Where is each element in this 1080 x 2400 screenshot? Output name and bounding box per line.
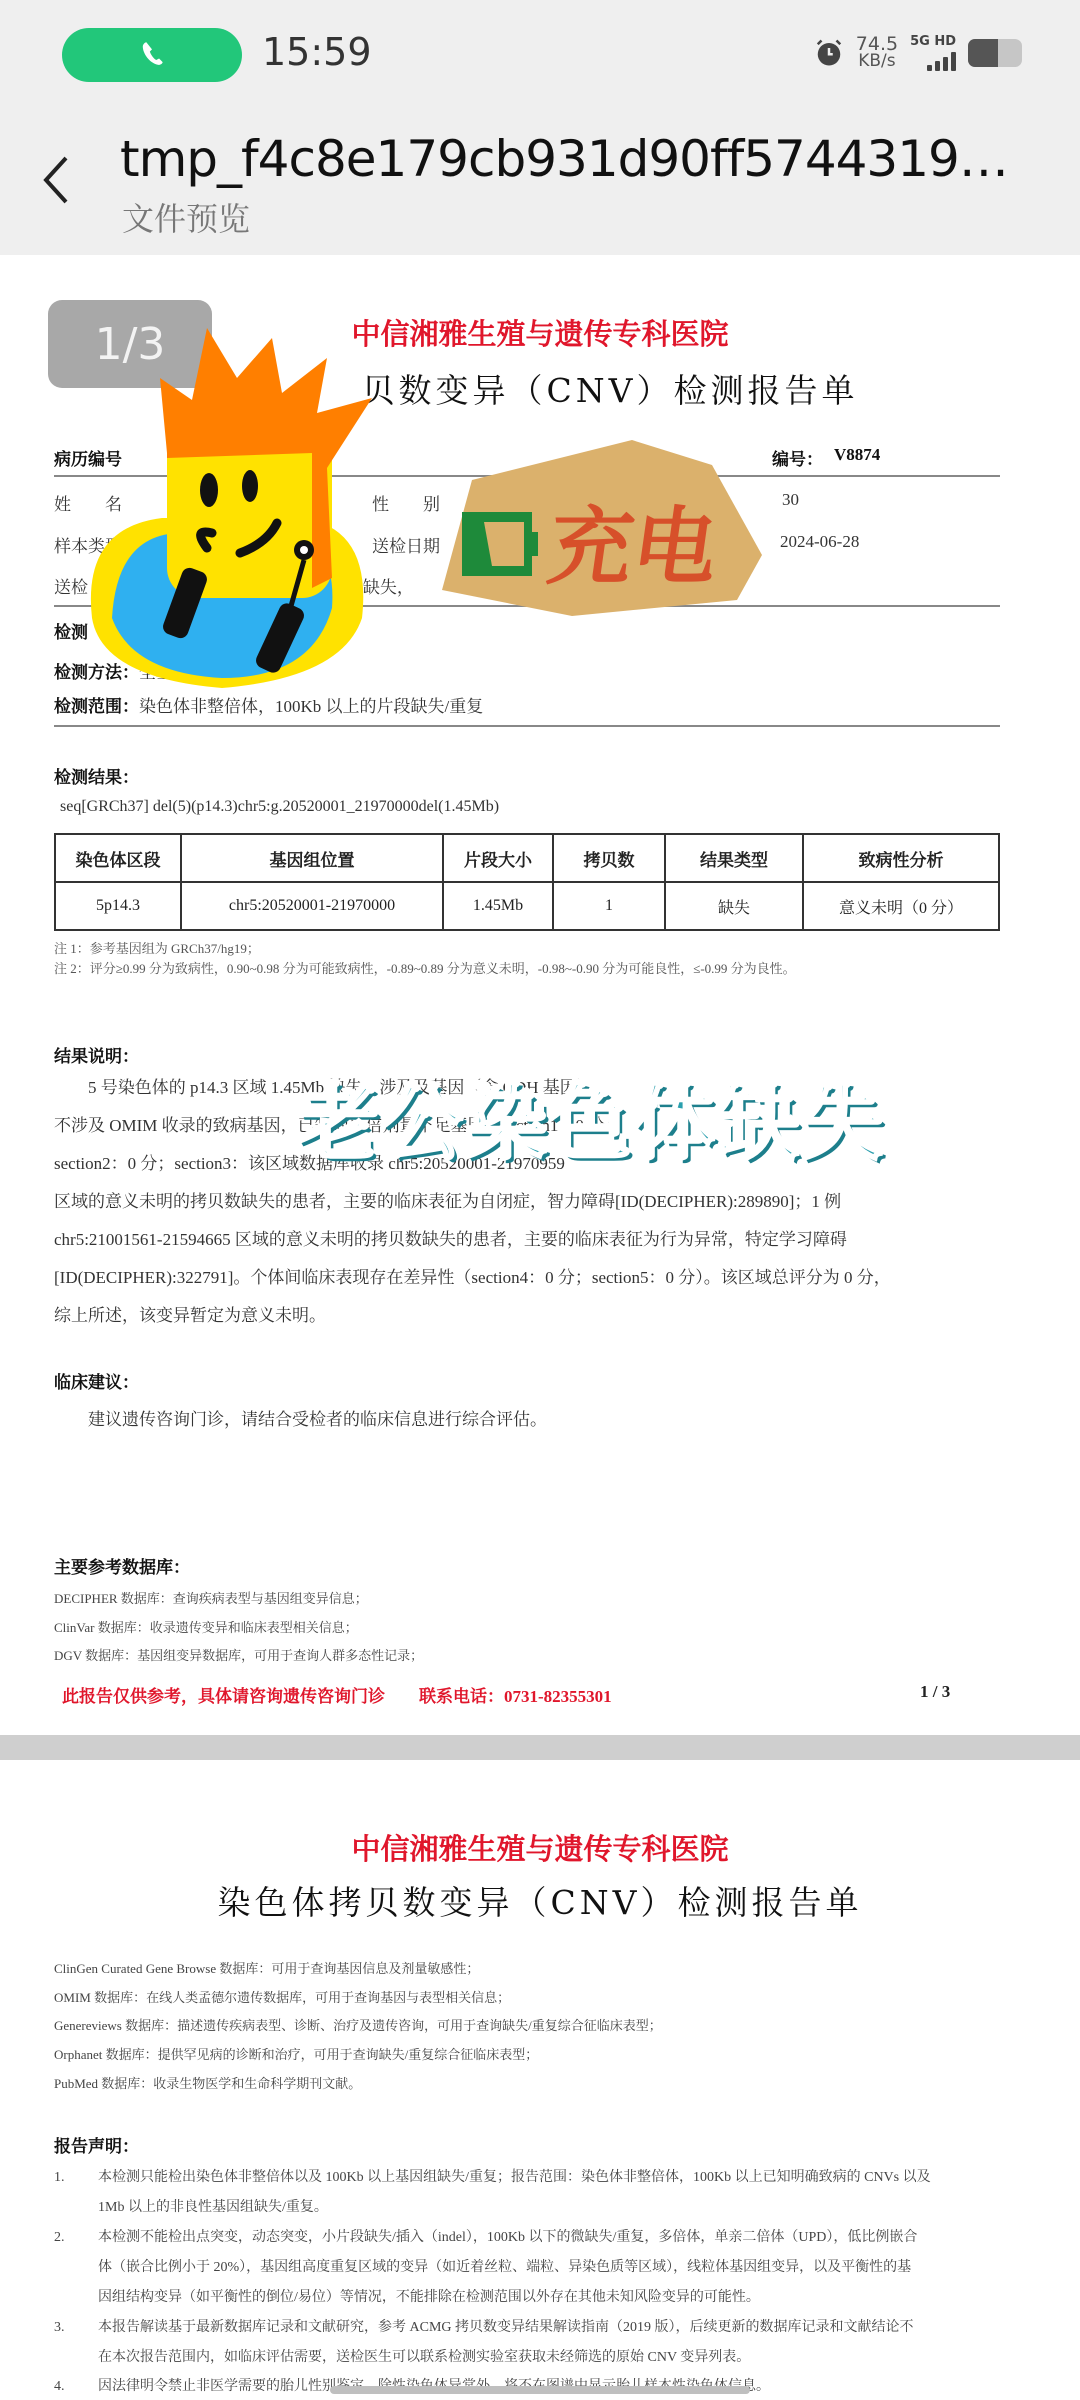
divider xyxy=(54,725,1000,727)
report-title: 染色体拷贝数变异（CNV）检测报告单 xyxy=(0,1877,1080,1924)
col-header: 基因组位置 xyxy=(181,834,443,882)
db-item: Orphanet 数据库：提供罕见病的诊断和治疗，可用于查询缺失/重复综合征临床… xyxy=(54,2044,538,2063)
cell-result-type: 缺失 xyxy=(665,882,803,930)
item-number: 1. xyxy=(54,2163,65,2193)
network-speed: 74.5 KB/s xyxy=(856,36,898,70)
db-item: OMIM 数据库：在线人类孟德尔遗传数据库，可用于查询基因与表型相关信息； xyxy=(54,1987,510,2006)
app-header: tmp_f4c8e179cb931d90ff5744319… 文件预览 xyxy=(0,120,1080,250)
item-number: 2. xyxy=(54,2223,65,2253)
clinical-advice-label: 临床建议： xyxy=(54,1368,139,1393)
submit-date-label: 送检日期 xyxy=(372,532,440,557)
file-title: tmp_f4c8e179cb931d90ff5744319… xyxy=(120,130,1008,188)
cell-pathogenicity: 意义未明（0 分） xyxy=(803,882,999,930)
item-line: 因组结构变异（如平衡性的倒位/易位）等情况，不能排除在检测范围以外存在其他未知风… xyxy=(98,2283,1000,2313)
cell-size: 1.45Mb xyxy=(443,882,553,930)
item-number: 4. xyxy=(54,2372,65,2400)
network-speed-value: 74.5 xyxy=(856,36,898,53)
document-page-1[interactable]: 1/3 中信湘雅生殖与遗传专科医院 贝数变异（CNV）检测报告单 病历编号 编号… xyxy=(0,255,1080,1735)
results-label: 检测结果： xyxy=(54,763,139,788)
submit-date-value: 2024-06-28 xyxy=(780,532,859,552)
explanation-line: [ID(DECIPHER):322791]。个体间临床表现存在差异性（secti… xyxy=(54,1259,1000,1297)
db-item: DGV 数据库：基因组变异数据库，可用于查询人群多态性记录； xyxy=(54,1645,423,1664)
col-header: 片段大小 xyxy=(443,834,553,882)
db-item: Genereviews 数据库：描述遗传疾病表型、诊断、治疗及遗传咨询，可用于查… xyxy=(54,2015,662,2034)
gender-label: 性 别 xyxy=(372,490,440,515)
db-item: DECIPHER 数据库：查询疾病表型与基因组变异信息； xyxy=(54,1588,368,1607)
scope-label: 检测范围： xyxy=(54,697,139,716)
battery-icon xyxy=(968,39,1022,67)
table-header-row: 染色体区段 基因组位置 片段大小 拷贝数 结果类型 致病性分析 xyxy=(55,834,999,882)
item-line: 在本次报告范围内，如临床评估需要，送检医生可以联系检测实验室获取未经筛选的原始 … xyxy=(98,2343,1000,2373)
reference-db-label: 主要参考数据库： xyxy=(54,1553,190,1578)
network-speed-unit: KB/s xyxy=(858,53,895,70)
cell-position: chr5:20520001-21970000 xyxy=(181,882,443,930)
table-row: 5p14.3 chr5:20520001-21970000 1.45Mb 1 缺… xyxy=(55,882,999,930)
declaration-item-1: 1. 本检测只能检出染色体非整倍体以及 100Kb 以上基因组缺失/重复；报告范… xyxy=(54,2163,1000,2223)
note-2: 注 2：评分≥0.99 分为致病性，0.90~0.98 分为可能致病性，-0.8… xyxy=(54,958,796,977)
document-page-2[interactable]: 中信湘雅生殖与遗传专科医院 染色体拷贝数变异（CNV）检测报告单 ClinGen… xyxy=(0,1760,1080,2400)
hospital-name: 中信湘雅生殖与遗传专科医院 xyxy=(0,1827,1080,1868)
explanation-line: 区域的意义未明的拷贝数缺失的患者，主要的临床表征为自闭症，智力障碍[ID(DEC… xyxy=(54,1183,1000,1221)
phone-icon xyxy=(135,38,169,72)
horizontal-scrollbar[interactable] xyxy=(330,2386,750,2394)
db-item: ClinGen Curated Gene Browse 数据库：可用于查询基因信… xyxy=(54,1958,479,1977)
explanation-line: 综上所述，该变异暂定为意义未明。 xyxy=(54,1297,1000,1335)
declaration-label: 报告声明： xyxy=(54,2132,139,2157)
col-header: 致病性分析 xyxy=(803,834,999,882)
note-1: 注 1：参考基因组为 GRCh37/hg19； xyxy=(54,938,260,957)
explanation-label: 结果说明： xyxy=(54,1042,139,1067)
age-value: 30 xyxy=(782,490,799,510)
charging-sticker: 充电 xyxy=(432,440,777,616)
variant-notation: seq[GRCh37] del(5)(p14.3)chr5:g.20520001… xyxy=(60,798,499,816)
item-number: 3. xyxy=(54,2313,65,2343)
file-preview-subtitle: 文件预览 xyxy=(122,194,250,240)
col-header: 染色体区段 xyxy=(55,834,181,882)
cell-copy-number: 1 xyxy=(553,882,665,930)
clock: 15:59 xyxy=(262,30,372,74)
sample-number-value: V8874 xyxy=(834,445,880,465)
back-arrow-icon[interactable] xyxy=(36,150,76,210)
sample-number-label: 编号： xyxy=(772,445,823,470)
results-table: 染色体区段 基因组位置 片段大小 拷贝数 结果类型 致病性分析 5p14.3 c… xyxy=(54,833,1000,931)
item-line: 1Mb 以上的非良性基因组缺失/重复。 xyxy=(98,2193,1000,2223)
item-line: 本报告解读基于最新数据库记录和文献研究，参考 ACMG 拷贝数变异结果解读指南（… xyxy=(98,2313,1000,2343)
col-header: 结果类型 xyxy=(665,834,803,882)
status-bar: 15:59 74.5 KB/s 5G HD xyxy=(0,0,1080,110)
item-line: 本检测不能检出点突变，动态突变，小片段缺失/插入（indel），100Kb 以下… xyxy=(98,2223,1000,2253)
db-item: ClinVar 数据库：收录遗传变异和临床表型相关信息； xyxy=(54,1617,358,1636)
network-type-label: 5G HD xyxy=(910,34,956,49)
declaration-item-2: 2. 本检测不能检出点突变，动态突变，小片段缺失/插入（indel），100Kb… xyxy=(54,2223,1000,2313)
scope-value: 染色体非整倍体，100Kb 以上的片段缺失/重复 xyxy=(139,697,483,716)
page-separator xyxy=(0,1735,1080,1760)
item-line: 本检测只能检出染色体非整倍体以及 100Kb 以上基因组缺失/重复；报告范围：染… xyxy=(98,2163,1000,2193)
footer-disclaimer: 此报告仅供参考，具体请咨询遗传咨询门诊 联系电话：0731-82355301 xyxy=(62,1682,612,1707)
cell-band: 5p14.3 xyxy=(55,882,181,930)
clinical-advice-text: 建议遗传咨询门诊，请结合受检者的临床信息进行综合评估。 xyxy=(54,1405,547,1430)
alarm-clock-icon xyxy=(814,38,844,68)
charging-text: 充电 xyxy=(541,480,726,601)
overlay-caption: 老公染色体缺失 xyxy=(226,1058,956,1175)
cellular-signal-icon: 5G HD xyxy=(910,34,956,71)
ongoing-call-pill[interactable] xyxy=(62,28,242,82)
explanation-line: chr5:21001561-21594665 区域的意义未明的拷贝数缺失的患者，… xyxy=(54,1221,1000,1259)
declaration-item-3: 3. 本报告解读基于最新数据库记录和文献研究，参考 ACMG 拷贝数变异结果解读… xyxy=(54,2313,1000,2373)
footer-page-number: 1 / 3 xyxy=(920,1682,950,1702)
item-line: 体（嵌合比例小于 20%），基因组高度重复区域的变异（如近着丝粒、端粒、异染色质… xyxy=(98,2253,1000,2283)
db-item: PubMed 数据库：收录生物医学和生命科学期刊文献。 xyxy=(54,2073,361,2092)
cartoon-boy-sticker xyxy=(72,318,372,688)
col-header: 拷贝数 xyxy=(553,834,665,882)
